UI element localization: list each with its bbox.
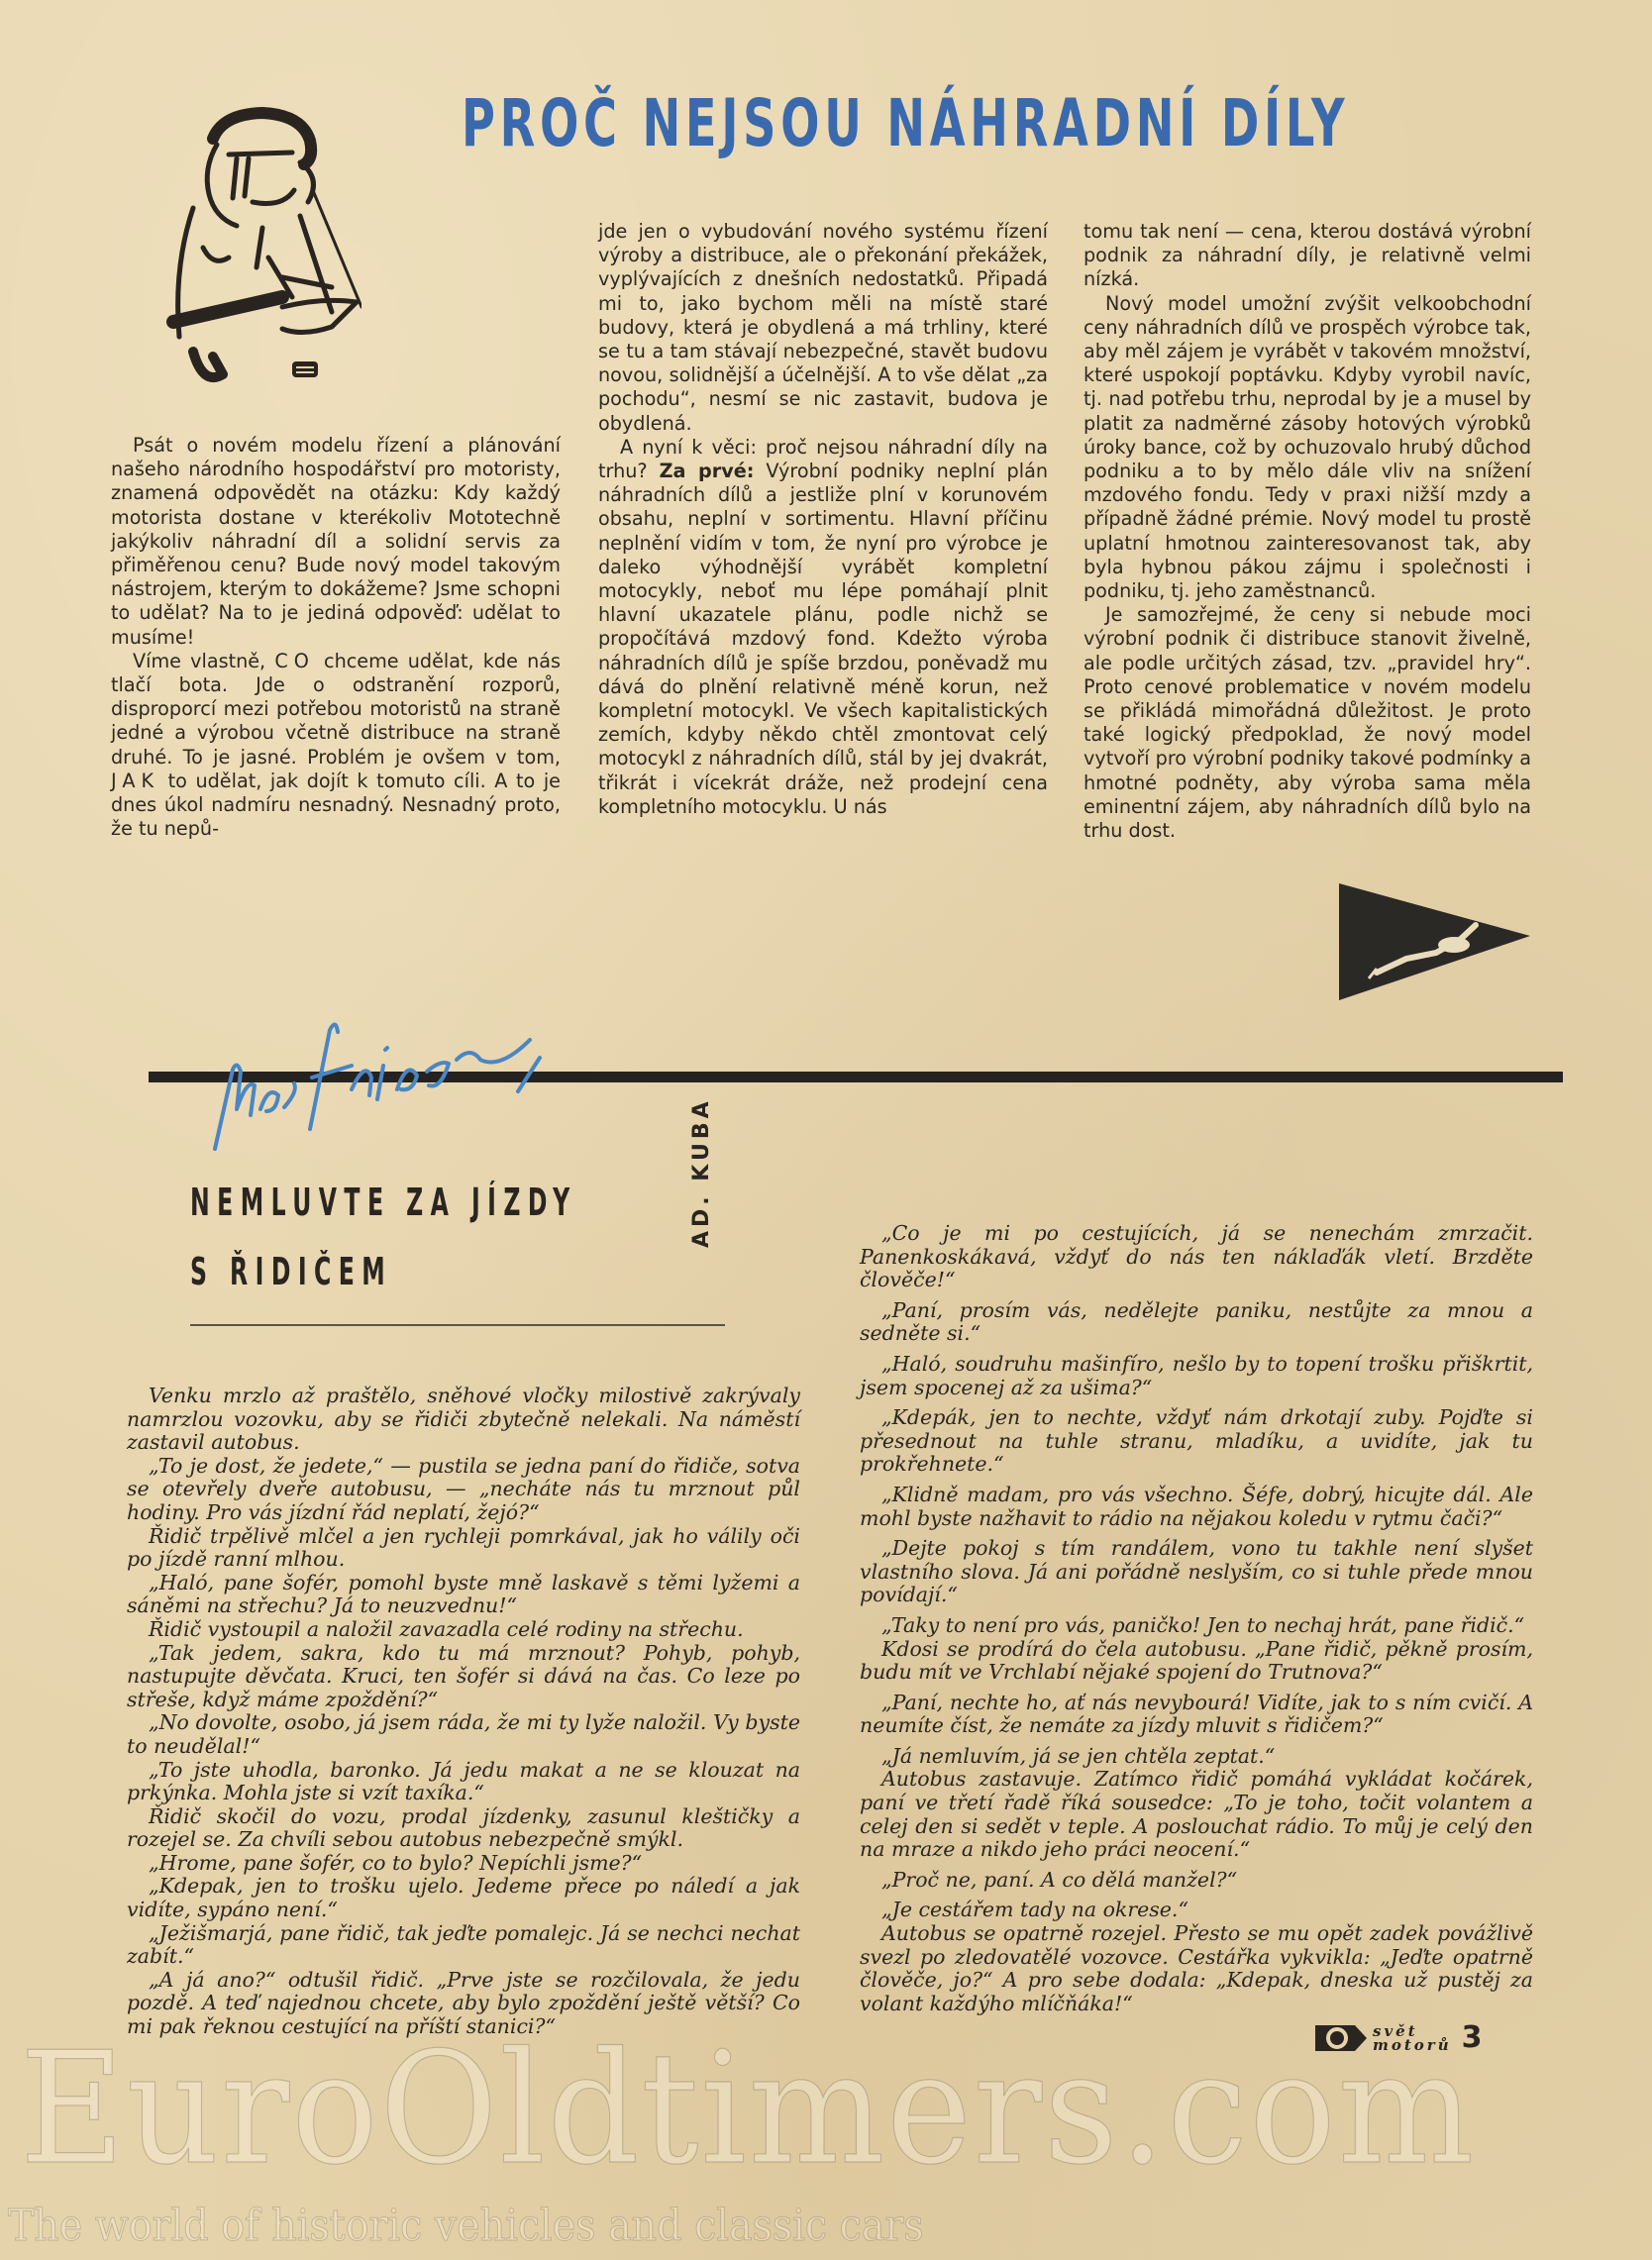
paragraph: jde jen o vybudování nového systému říze… [598,220,1048,436]
paragraph: Řidič skočil do vozu, prodal jízdenky, z… [127,1805,800,1852]
paragraph: Venku mrzlo až praštělo, sněhové vločky … [127,1385,800,1455]
paragraph: Víme vlastně, CO chceme udělat, kde nás … [111,650,561,842]
paragraph: tomu tak není — cena, kterou dostává výr… [1084,220,1531,292]
paragraph: „Tak jedem, sakra, kdo tu má mrznout? Po… [127,1642,800,1712]
article1-column-1: Psát o novém modelu řízení a plánování n… [111,434,561,841]
paragraph: Nový model umožní zvýšit velkoobchodní c… [1084,292,1531,604]
paragraph: „Kdepak, jen to trošku ujelo. Jedeme pře… [127,1875,800,1921]
feuilleton-title-line-1: NEMLUVTE ZA JÍZDY [190,1181,577,1224]
paragraph: „Haló, pane šofér, pomohl byste mně lask… [127,1572,800,1618]
paragraph: „Kdepák, jen to nechte, vždyť nám drkota… [860,1406,1533,1477]
feuilleton-column-2: „Co je mi po cestujících, já se nenechám… [860,1222,1533,2015]
paragraph: „Klidně madam, pro vás všechno. Šéfe, do… [860,1484,1533,1530]
paragraph: „No dovolte, osobo, já jsem ráda, že mi … [127,1711,800,1758]
feuilleton-signature [203,1000,579,1169]
watermark-tagline: The world of historic vehicles and class… [8,2201,924,2251]
paragraph: „Paní, nechte ho, ať nás nevybourá! Vidí… [860,1692,1533,1738]
article-title: PROČ NEJSOU NÁHRADNÍ DÍLY [462,85,1303,161]
paragraph: „Paní, prosím vás, nedělejte paniku, nes… [860,1299,1533,1346]
feuilleton-column-1: Venku mrzlo až praštělo, sněhové vločky … [127,1385,800,2039]
paragraph: „To je dost, že jedete,“ — pustila se je… [127,1455,800,1525]
paragraph: „Ježišmarjá, pane řidič, tak jeďte pomal… [127,1922,800,1969]
paragraph: „Haló, soudruhu mašinfíro, nešlo by to t… [860,1353,1533,1399]
feuilleton-title-line-2: S ŘIDIČEM [190,1250,392,1293]
paragraph: Autobus zastavuje. Zatímco řidič pomáhá … [860,1768,1533,1861]
paragraph: „Taky to není pro vás, paničko! Jen to n… [860,1614,1533,1638]
paragraph: „Já nemluvím, já se jen chtěla zeptat.“ [860,1745,1533,1769]
paragraph: „Dejte pokoj s tím randálem, vono tu tak… [860,1537,1533,1607]
mechanic-cartoon-illustration [134,99,361,396]
paragraph: Kdosi se prodírá do čela autobusu. „Pane… [860,1638,1533,1685]
paragraph: Řidič vystoupil a naložil zavazadla celé… [127,1618,800,1642]
article1-column-3: tomu tak není — cena, kterou dostává výr… [1084,220,1531,843]
paragraph: „Proč ne, paní. A co dělá manžel?“ [860,1869,1533,1893]
author-byline: AD. KUBA [689,1097,714,1248]
paragraph: „To jste uhodla, baronko. Já jedu makat … [127,1759,800,1805]
paragraph: Řidič trpělivě mlčel a jen rychleji pomr… [127,1525,800,1572]
paragraph: Autobus se opatrně rozejel. Přesto se mu… [860,1922,1533,2015]
paragraph: „Co je mi po cestujících, já se nenechám… [860,1222,1533,1292]
paragraph: Je samozřejmé, že ceny si nebude moci vý… [1084,603,1531,843]
title-underline [190,1324,725,1326]
paragraph: A nyní k věci: proč nejsou náhradní díly… [598,436,1048,819]
pennant-end-mark-icon [1337,881,1530,1000]
paragraph: „Hrome, pane šofér, co to bylo? Nepíchli… [127,1852,800,1876]
paragraph: „Je cestářem tady na okrese.“ [860,1899,1533,1922]
article1-column-2: jde jen o vybudování nového systému říze… [598,220,1048,819]
paragraph: Psát o novém modelu řízení a plánování n… [111,434,561,650]
watermark-site-name: EuroOldtimers.com [20,2018,1476,2199]
